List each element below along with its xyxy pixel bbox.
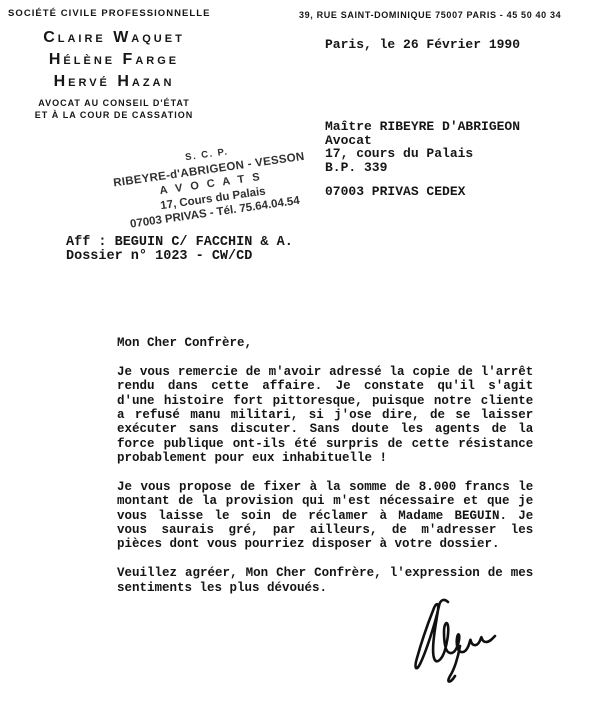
firm-title: AVOCAT AU CONSEIL D'ÉTAT ET À LA COUR DE… (8, 97, 220, 121)
firm-address-phone: 39, RUE SAINT-DOMINIQUE 75007 PARIS - 45… (299, 10, 561, 20)
lawyer-name-2: Hélène Farge (8, 49, 220, 71)
handwritten-signature-icon (398, 596, 503, 694)
recipient-street: 17, cours du Palais (325, 147, 520, 161)
lawyer-name-1: Claire Waquet (8, 27, 220, 49)
recipient-name: Maître RIBEYRE D'ABRIGEON (325, 120, 520, 134)
letterhead-block: SOCIÉTÉ CIVILE PROFESSIONNELLE Claire Wa… (8, 8, 220, 121)
law-firm-stamp: S. C. P. RIBEYRE-d'ABRIGEON - VESSON A V… (92, 132, 330, 236)
case-reference: Aff : BEGUIN C/ FACCHIN & A. (66, 236, 293, 250)
letter-body: Mon Cher Confrère, Je vous remercie de m… (117, 336, 533, 595)
recipient-po-box: B.P. 339 (325, 161, 520, 175)
firm-title-line-1: AVOCAT AU CONSEIL D'ÉTAT (8, 97, 220, 109)
reference-block: Aff : BEGUIN C/ FACCHIN & A. Dossier n° … (66, 236, 293, 264)
firm-title-line-2: ET À LA COUR DE CASSATION (8, 109, 220, 121)
salutation: Mon Cher Confrère, (117, 336, 533, 350)
recipient-block: Maître RIBEYRE D'ABRIGEON Avocat 17, cou… (325, 120, 520, 199)
file-number: Dossier n° 1023 - CW/CD (66, 250, 293, 264)
paragraph-3: Veuillez agréer, Mon Cher Confrère, l'ex… (117, 566, 533, 595)
lawyer-names: Claire Waquet Hélène Farge Hervé Hazan (8, 27, 220, 93)
letter-page: SOCIÉTÉ CIVILE PROFESSIONNELLE Claire Wa… (0, 0, 605, 726)
recipient-title: Avocat (325, 134, 520, 148)
paragraph-1: Je vous remercie de m'avoir adressé la c… (117, 365, 533, 465)
paragraph-2: Je vous propose de fixer à la somme de 8… (117, 480, 533, 552)
recipient-city: 07003 PRIVAS CEDEX (325, 185, 520, 199)
date-line: Paris, le 26 Février 1990 (325, 37, 520, 52)
lawyer-name-3: Hervé Hazan (8, 71, 220, 93)
firm-type-line: SOCIÉTÉ CIVILE PROFESSIONNELLE (8, 8, 220, 19)
